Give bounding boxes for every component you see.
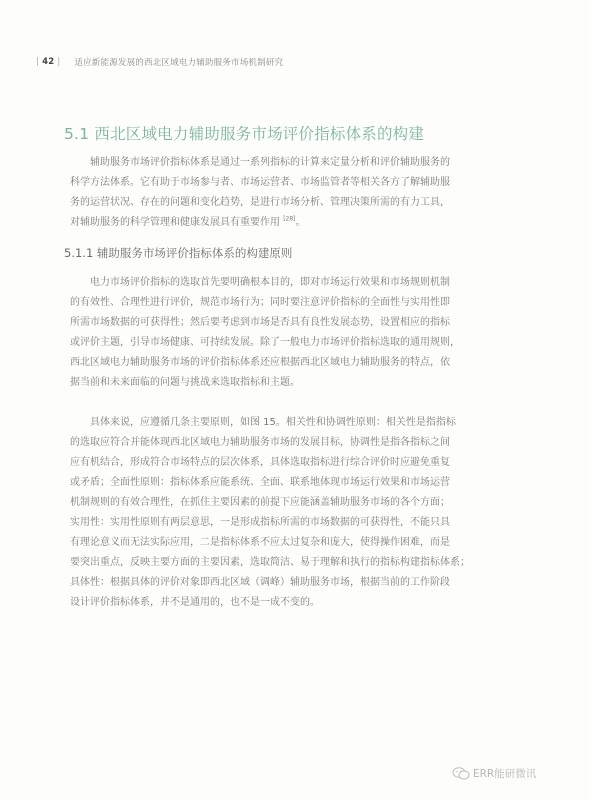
text-line: 实用性：实用性原则有两层意思，一是形成指标所需的市场数据的可获得性，不能只具 [70, 513, 530, 533]
page-number: 42 [42, 57, 54, 67]
text-line: 辅助服务市场评价指标体系是通过一系列指标的计算来定量分析和评价辅助服务的 [70, 153, 530, 173]
text-line: 应有机结合，形成符合市场特点的层次体系，具体选取指标进行综合评价时应避免重复 [70, 453, 530, 473]
section-intro-paragraph: 辅助服务市场评价指标体系是通过一系列指标的计算来定量分析和评价辅助服务的 科学方… [70, 153, 530, 233]
text-line: 西北区域电力辅助服务市场的评价指标体系还应根据西北区域电力辅助服务的特点，依 [70, 353, 530, 373]
divider: | [57, 57, 60, 67]
citation: [28] [283, 216, 295, 223]
watermark-text: ERR能研微讯 [473, 766, 536, 781]
text-fragment: 。 [296, 217, 306, 228]
text-line: 机制规则的有效合理性，在抓住主要因素的前提下应能涵盖辅助服务市场的各个方面； [70, 493, 530, 513]
text-line: 的有效性、合理性进行评价，规范市场行为；同时要注意评价指标的全面性与实用性即 [70, 293, 530, 313]
section-heading: 5.1 西北区域电力辅助服务市场评价指标体系的构建 [64, 122, 424, 144]
text-line: 或评价主题，引导市场健康、可持续发展。除了一般电力市场评价指标选取的通用规则， [70, 333, 530, 353]
subsection-heading: 5.1.1 辅助服务市场评价指标体系的构建原则 [64, 245, 292, 261]
text-line: 据当前和未来面临的问题与挑战来选取指标和主题。 [70, 373, 530, 393]
text-line: 具体性：根据具体的评价对象即西北区域（调峰）辅助服务市场，根据当前的工作阶段 [70, 573, 530, 593]
text-line: 有理论意义而无法实际应用，二是指标体系不应太过复杂和庞大，使得操作困难，而是 [70, 533, 530, 553]
text-line: 所需市场数据的可获得性；然后要考虑到市场是否具有良性发展态势，设置相应的指标 [70, 313, 530, 333]
text-line: 的选取应符合并能体现西北区域电力辅助服务市场的发展目标，协调性是指各指标之间 [70, 433, 530, 453]
text-fragment: 对辅助服务的科学管理和健康发展具有重要作用 [70, 217, 280, 228]
principles-paragraph-1: 电力市场评价指标的选取首先要明确根本目的，即对市场运行效果和市场规则机制 的有效… [70, 273, 530, 393]
text-line: 电力市场评价指标的选取首先要明确根本目的，即对市场运行效果和市场规则机制 [70, 273, 530, 293]
text-line: 科学方法体系。它有助于市场参与者、市场运营者、市场监管者等相关各方了解辅助服 [70, 173, 530, 193]
text-line: 设计评价指标体系，并不是通用的，也不是一成不变的。 [70, 593, 530, 613]
book-title: 适应新能源发展的西北区域电力辅助服务市场机制研究 [74, 56, 283, 68]
running-header: | 42 | 适应新能源发展的西北区域电力辅助服务市场机制研究 [36, 56, 283, 68]
text-line: 或矛盾；全面性原则：指标体系应能系统、全面、联系地体现市场运行效果和市场运营 [70, 473, 530, 493]
principles-paragraph-2: 具体来说，应遵循几条主要原则，如图 15。相关性和协调性原则：相关性是指指标 的… [70, 413, 530, 613]
wechat-icon [452, 767, 470, 780]
text-line: 对辅助服务的科学管理和健康发展具有重要作用 [28]。 [70, 213, 530, 233]
text-line: 要突出重点，反映主要方面的主要因素，选取简洁、易于理解和执行的指标构建指标体系； [70, 553, 530, 573]
text-line: 务的运营状况、存在的问题和变化趋势，是进行市场分析、管理决策所需的有力工具， [70, 193, 530, 213]
watermark: ERR能研微讯 [452, 766, 536, 781]
divider: | [36, 57, 39, 67]
text-line: 具体来说，应遵循几条主要原则，如图 15。相关性和协调性原则：相关性是指指标 [70, 413, 530, 433]
